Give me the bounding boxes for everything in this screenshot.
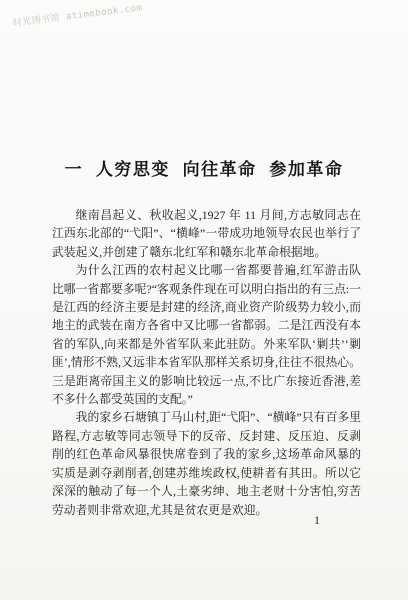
paragraph: 我的家乡石塘镇丁马山村,距“弋阳”、“横峰”只有百多里路程,方志敏等同志领导下的… xyxy=(52,408,361,518)
paragraph: 为什么江西的农村起义比哪一省都要普遍,红军游击队比哪一省都要多呢?“客观条件现在… xyxy=(52,261,361,408)
chapter-title: 一 人穷思变 向往革命 参加革命 xyxy=(0,155,408,180)
watermark: 时光图书馆 atimebook.com xyxy=(12,0,143,29)
page-number: 1 xyxy=(314,513,320,528)
paragraph: 继南昌起义、秋收起义,1927 年 11 月间,方志敏同志在江西东北部的“弋阳”… xyxy=(52,206,361,261)
book-page: 时光图书馆 atimebook.com 一 人穷思变 向往革命 参加革命 继南昌… xyxy=(0,0,408,600)
body-text: 继南昌起义、秋收起义,1927 年 11 月间,方志敏同志在江西东北部的“弋阳”… xyxy=(52,206,361,519)
